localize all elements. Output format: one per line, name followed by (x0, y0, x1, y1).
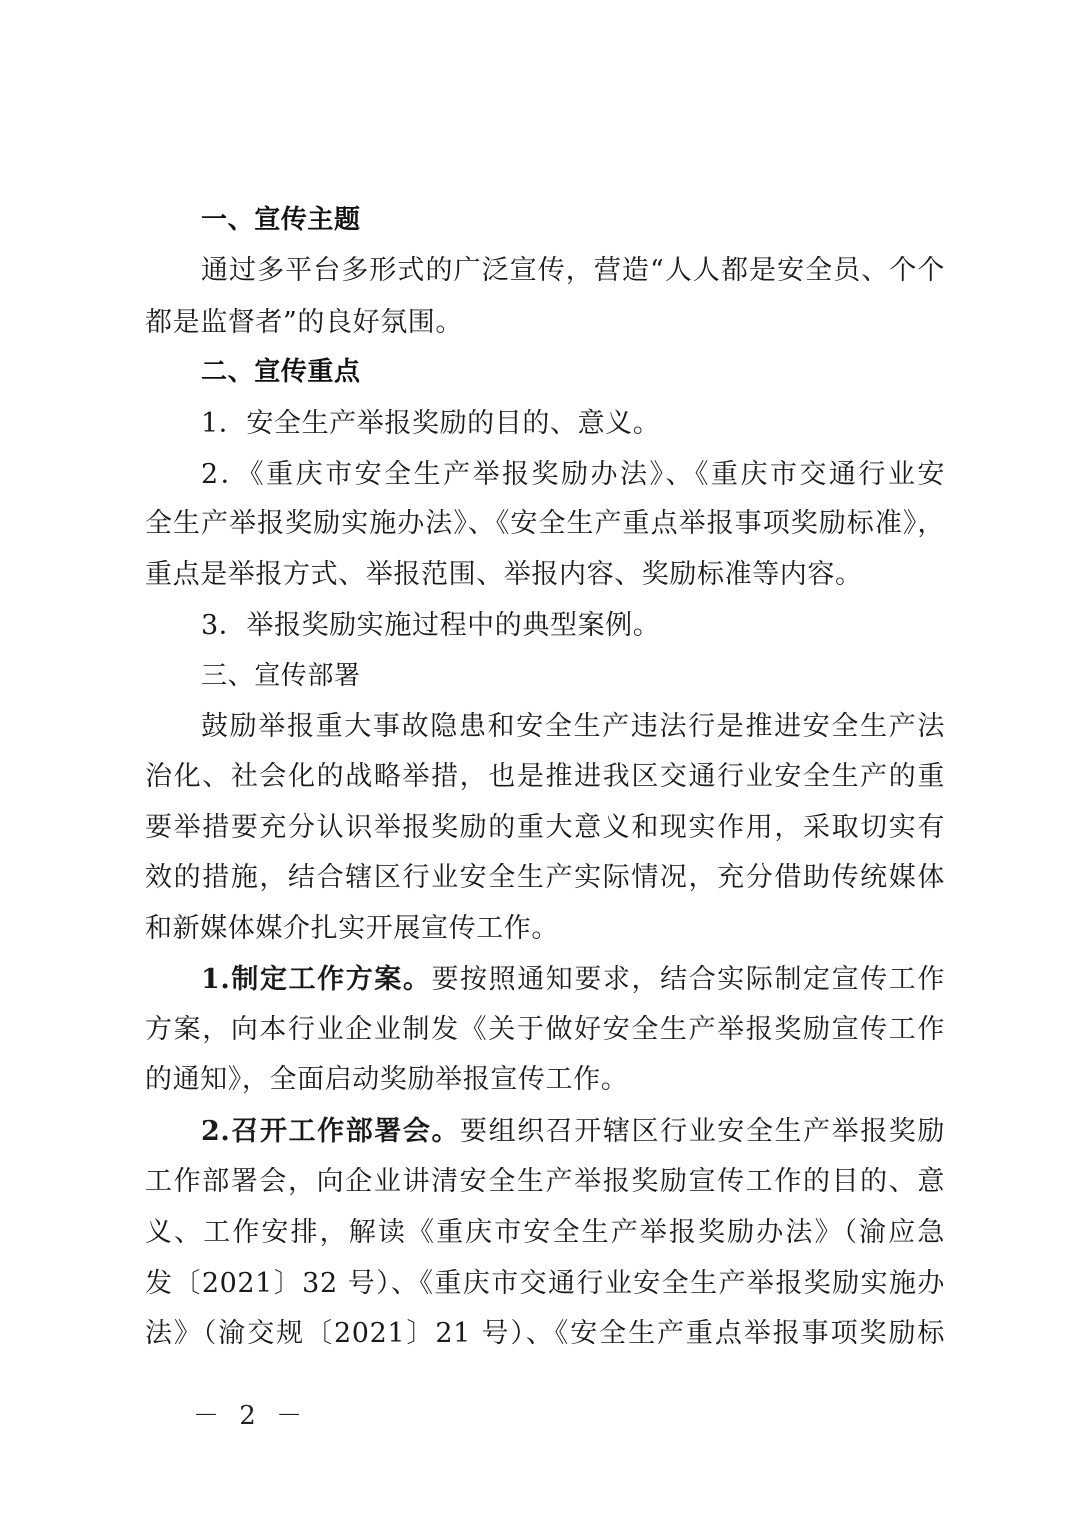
subsection-meeting-line: 2.召开工作部署会。要组织召开辖区行业安全生产举报奖励 (201, 1112, 945, 1152)
section-heading-deployment: 三、宣传部署 (201, 656, 945, 696)
paragraph-line: 方案，向本行业企业制发《关于做好安全生产举报奖励宣传工作 (145, 1010, 945, 1050)
list-item-3: 3．举报奖励实施过程中的典型案例。 (201, 606, 945, 646)
paragraph-line: 的通知》，全面启动奖励举报宣传工作。 (145, 1060, 945, 1100)
list-item-2-line: 重点是举报方式、举报范围、举报内容、奖励标准等内容。 (145, 555, 945, 595)
list-item-2-line: 2．《重庆市安全生产举报奖励办法》、《重庆市交通行业安 (201, 455, 945, 495)
subsection-plan-line: 1.制定工作方案。要按照通知要求，结合实际制定宣传工作 (201, 960, 945, 1000)
paragraph-line: 发〔2021〕32 号）、《重庆市交通行业安全生产举报奖励实施办 (145, 1264, 945, 1304)
document-page: 一、宣传主题 通过多平台多形式的广泛宣传，营造“人人都是安全员、个个 都是监督者… (0, 0, 1074, 1520)
section-heading-focus: 二、宣传重点 (201, 352, 945, 392)
paragraph-text: 要组织召开辖区行业安全生产举报奖励 (460, 1116, 945, 1147)
subsection-lead-plan: 1.制定工作方案。 (201, 964, 431, 995)
section-heading-theme: 一、宣传主题 (201, 200, 945, 240)
page-number: － 2 － (193, 1395, 308, 1432)
paragraph-line: 工作部署会，向企业讲清安全生产举报奖励宣传工作的目的、意 (145, 1162, 945, 1202)
paragraph-line: 义、工作安排，解读《重庆市安全生产举报奖励办法》（渝应急 (145, 1213, 945, 1253)
paragraph-text: 要按照通知要求，结合实际制定宣传工作 (431, 964, 945, 995)
list-item-1: 1．安全生产举报奖励的目的、意义。 (201, 404, 945, 444)
paragraph-line: 要举措要充分认识举报奖励的重大意义和现实作用，采取切实有 (145, 808, 945, 848)
paragraph-line: 和新媒体媒介扎实开展宣传工作。 (145, 909, 945, 949)
paragraph-line: 治化、社会化的战略举措，也是推进我区交通行业安全生产的重 (145, 757, 945, 797)
paragraph-line: 法》（渝交规〔2021〕21 号）、《安全生产重点举报事项奖励标 (145, 1314, 945, 1354)
list-item-2-line: 全生产举报奖励实施办法》、《安全生产重点举报事项奖励标准》， (145, 504, 945, 544)
paragraph-line: 通过多平台多形式的广泛宣传，营造“人人都是安全员、个个 (201, 251, 945, 291)
paragraph-line: 都是监督者”的良好氛围。 (145, 303, 945, 343)
paragraph-line: 鼓励举报重大事故隐患和安全生产违法行是推进安全生产法 (201, 707, 945, 747)
subsection-lead-meeting: 2.召开工作部署会。 (201, 1116, 460, 1147)
paragraph-line: 效的措施，结合辖区行业安全生产实际情况，充分借助传统媒体 (145, 858, 945, 898)
